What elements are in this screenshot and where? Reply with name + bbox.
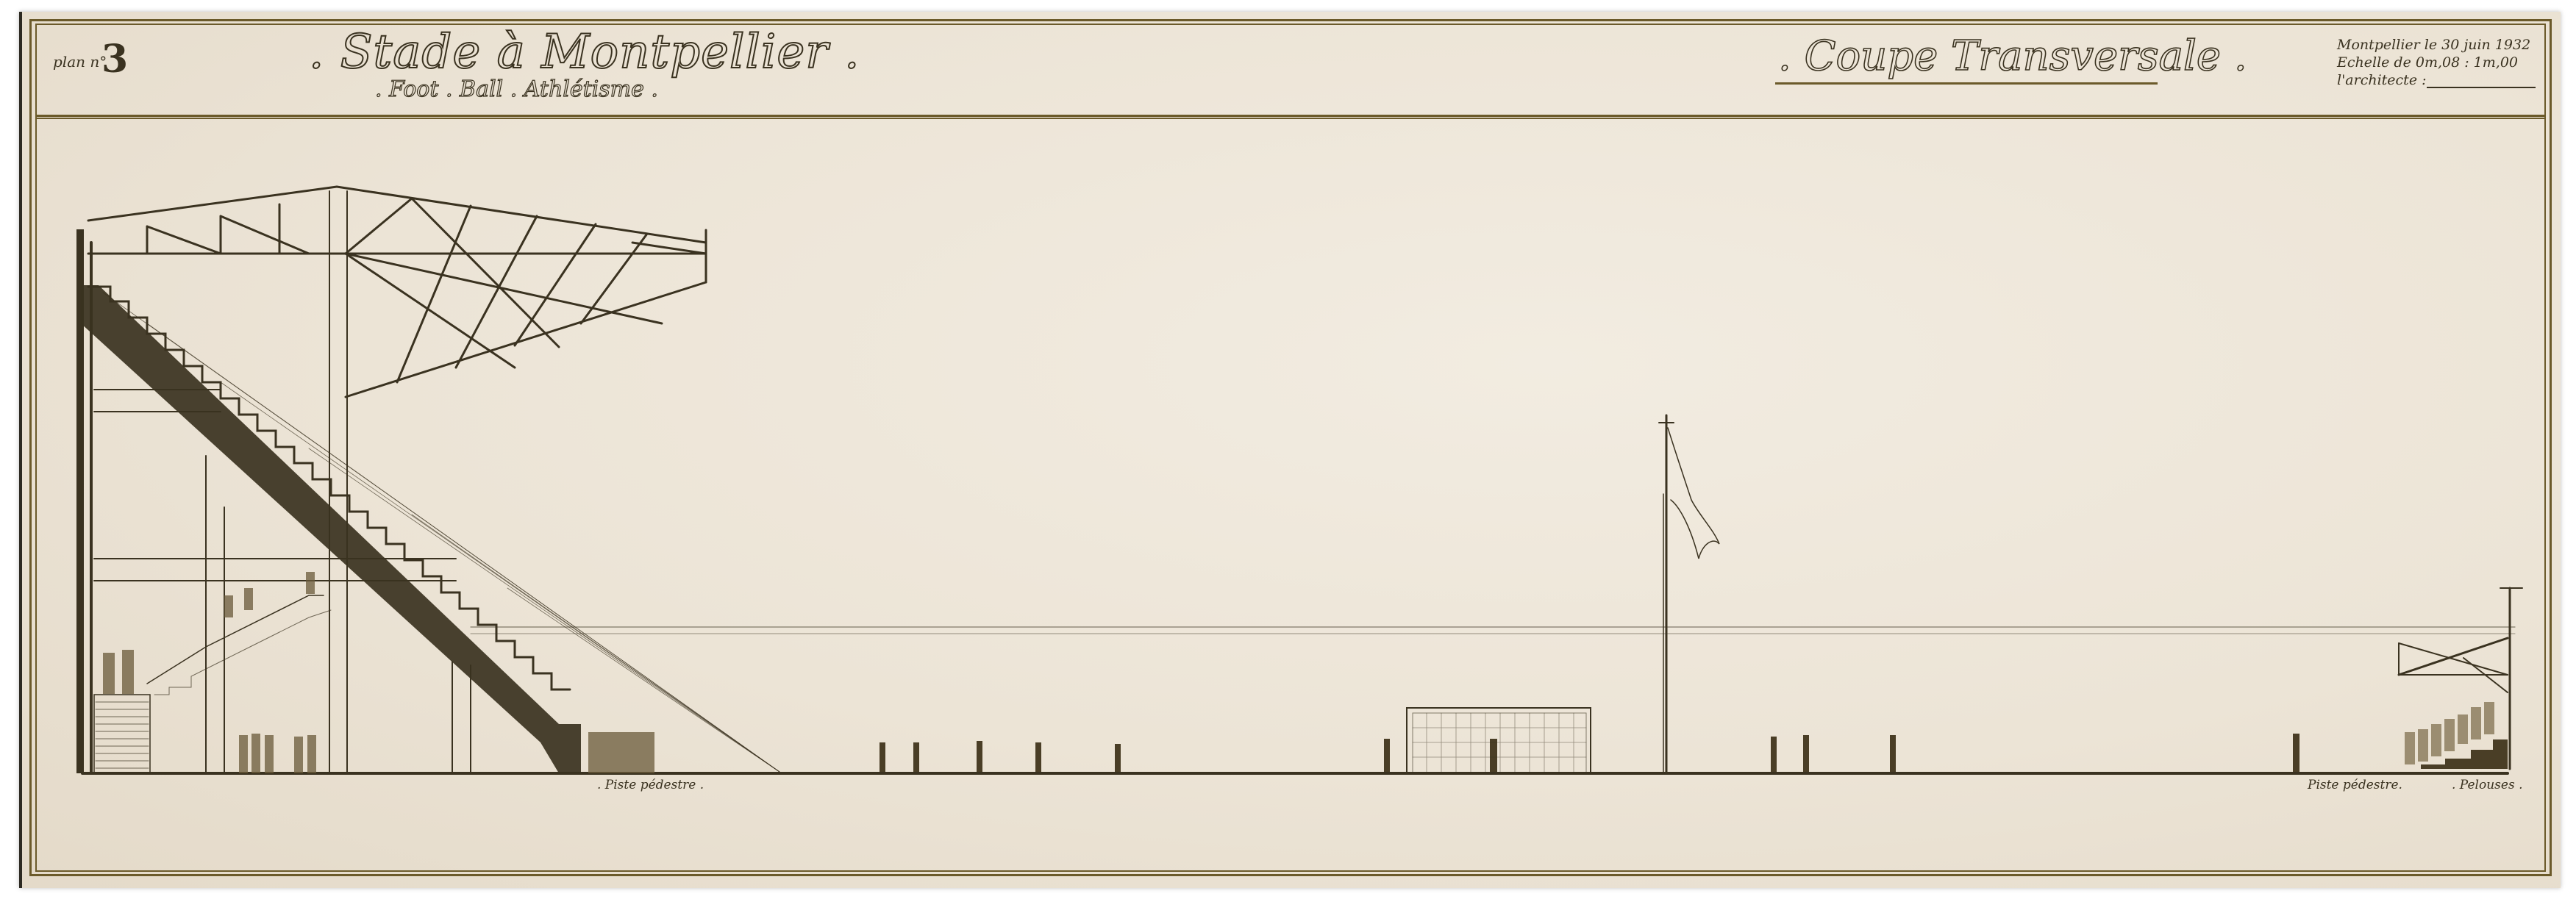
flagpole: [1659, 415, 1719, 773]
main-grandstand: [76, 187, 779, 773]
right-terrace: [2399, 588, 2522, 769]
goal: [1407, 708, 1591, 773]
players: [880, 734, 2300, 772]
section-drawing: [0, 0, 2576, 899]
